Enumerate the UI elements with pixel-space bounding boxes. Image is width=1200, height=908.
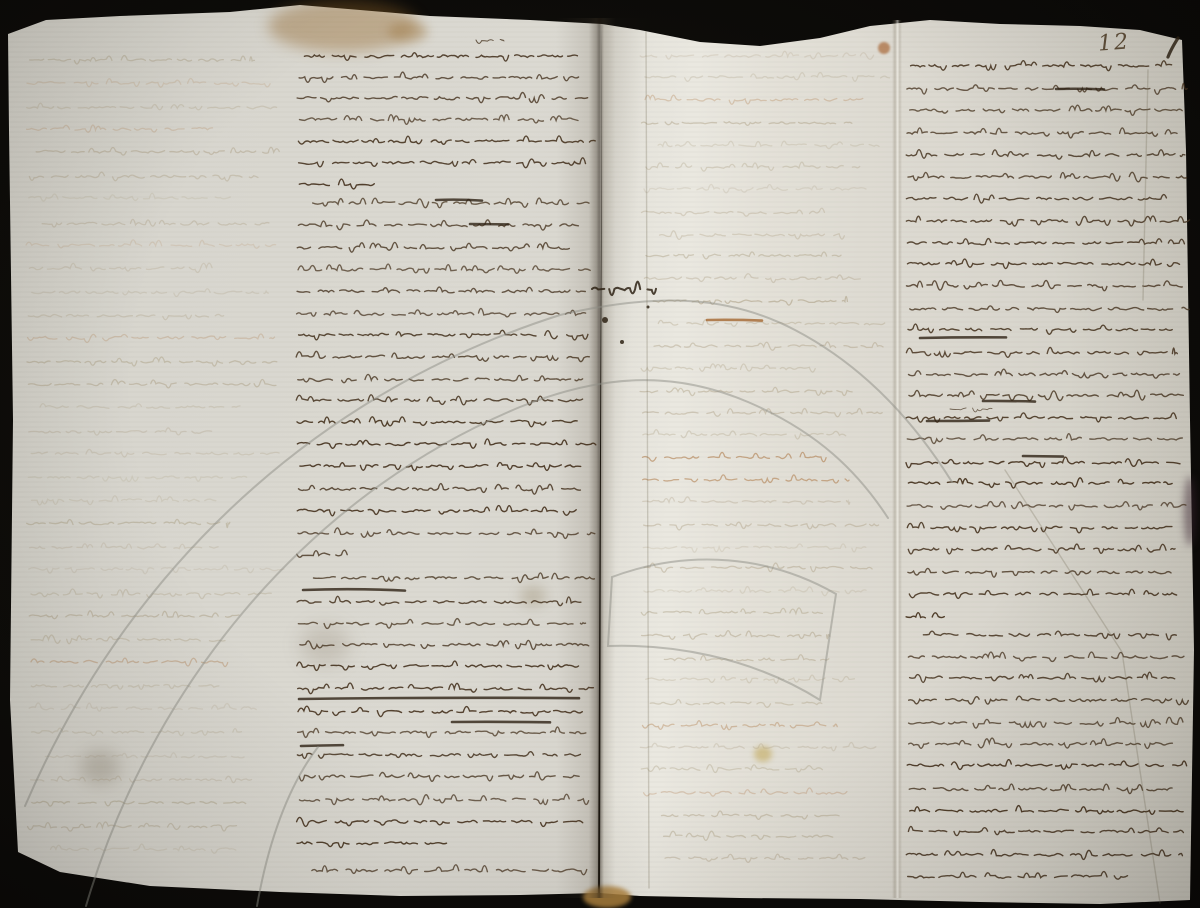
manuscript-scan: 12 xyxy=(0,0,1200,908)
page-number: 12 xyxy=(1097,28,1145,56)
